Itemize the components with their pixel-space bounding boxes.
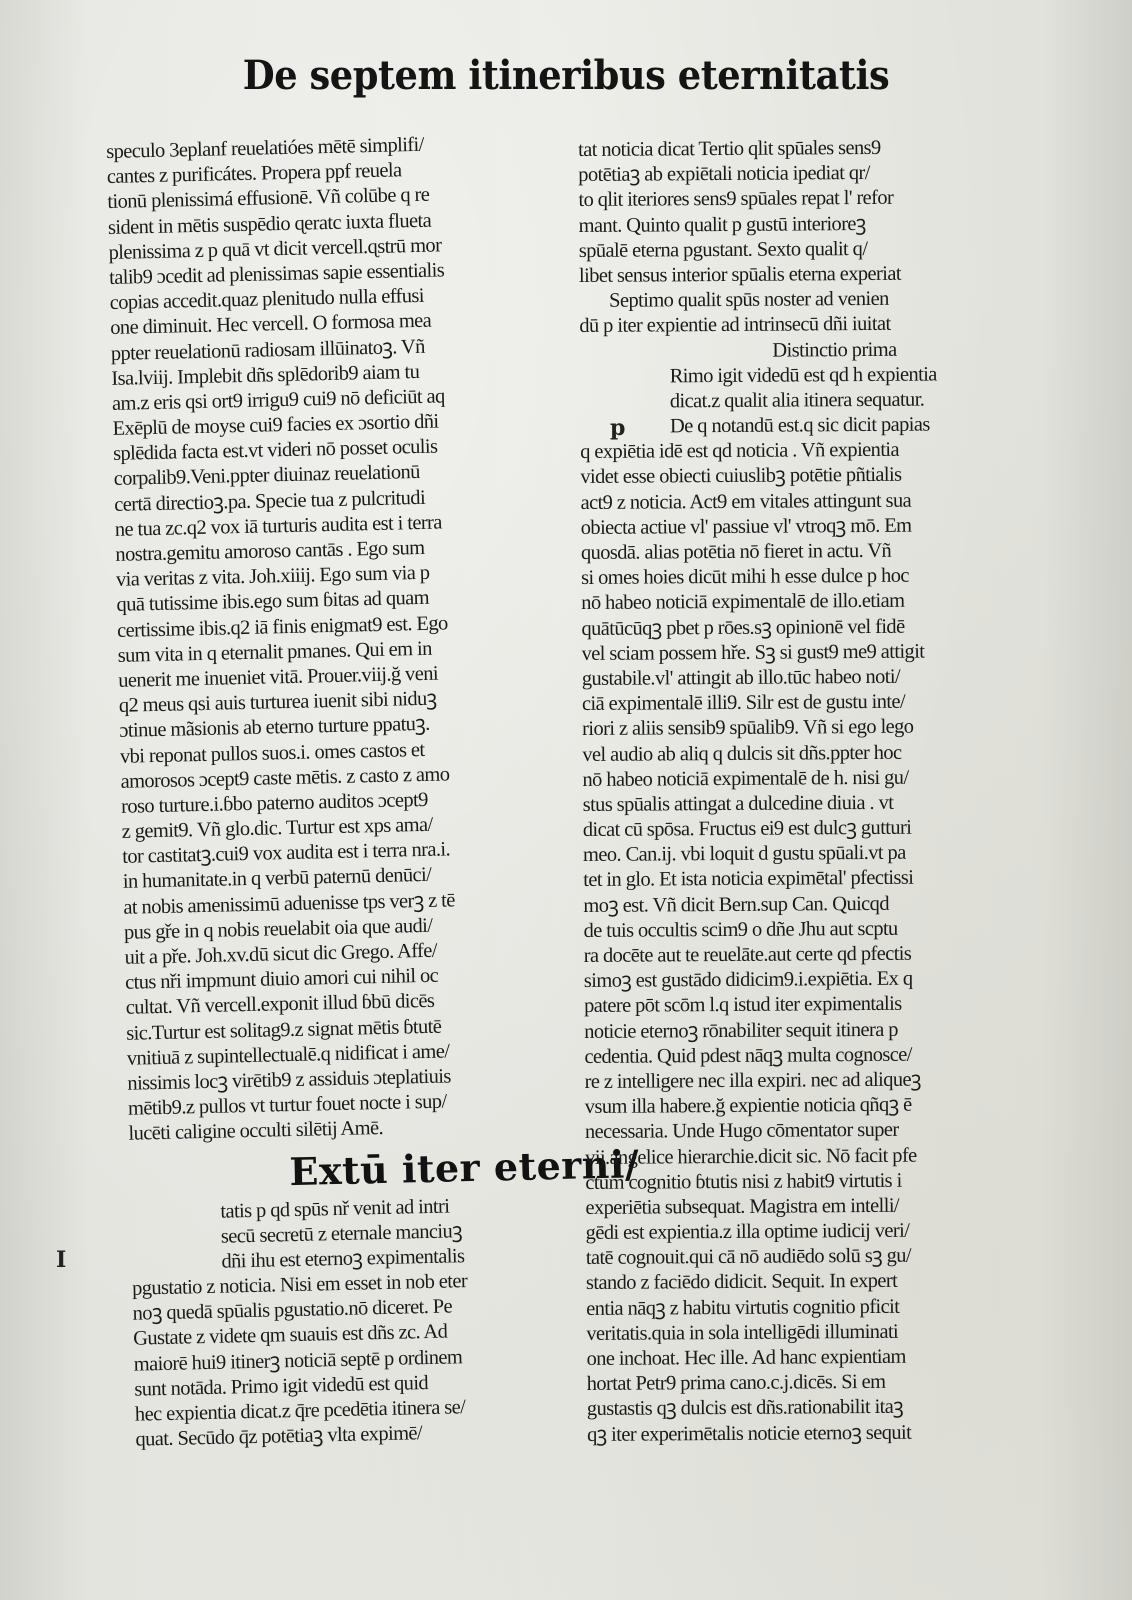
text-line: quosdā. alias potētia nō fieret in actu.… — [581, 538, 1031, 566]
text-line: gustabile.vl' attingit ab illo.tūc habeo… — [582, 664, 1032, 692]
running-title: De septem itineribus eternitatis — [45, 52, 1086, 99]
text-line: spūalē eterna pgustant. Sexto qualit q/ — [579, 236, 1029, 264]
text-line: tatē cognouit.qui cā nō audiēdo solū sꝫ … — [586, 1243, 1036, 1271]
text-line: veritatis.quia in sola intelligēdi illum… — [586, 1319, 1036, 1347]
text-line: Rimo igit videdū est qd h expientia — [580, 362, 1030, 390]
text-line: re z intelligere nec illa expiri. nec ad… — [585, 1067, 1035, 1095]
text-line: to qlit iteriores sens9 spūales repat l'… — [578, 185, 1028, 213]
left-column: speculo 3eplanf reuelatióes mētē simplif… — [106, 130, 581, 1453]
text-line: q expiētia idē est qd noticia . Vñ expie… — [580, 437, 1030, 465]
text-line: obiecta actiue vl' passiue vl' vtroqꝫ mō… — [581, 513, 1031, 541]
text-line: ciā expimentalē illi9. Silr est de gustu… — [582, 689, 1032, 717]
text-line: moꝫ est. Vñ dicit Bern.sup Can. Quicqd — [583, 890, 1033, 918]
text-line: nō habeo noticiā expimentalē de illo.eti… — [581, 588, 1031, 616]
section-heading: Extū iter eterni/ — [129, 1143, 575, 1197]
text-line: dicat.z qualit alia itinera sequatur. — [580, 387, 1030, 415]
text-line: si omes hoies dicūt mihi h esse dulce p … — [581, 563, 1031, 591]
scanned-page: De septem itineribus eternitatis speculo… — [0, 0, 1132, 1600]
text-line: one inchoat. Hec ille. Ad hanc expientia… — [586, 1344, 1036, 1372]
text-line: dū p iter expientie ad intrinsecū dñi iu… — [579, 311, 1029, 339]
text-line: experiētia subsequat. Magistra em intell… — [585, 1193, 1035, 1221]
text-line: De q notandū est.q sic dicit papias — [580, 412, 1030, 440]
text-line: Septimo qualit spūs noster ad venien — [579, 286, 1029, 314]
text-line: noticie eternoꝫ rōnabiliter sequit itine… — [584, 1016, 1034, 1044]
text-line: vsum illa habere.ğ expientie noticia qñq… — [585, 1092, 1035, 1120]
guide-letter-initial-right: p — [610, 415, 625, 441]
right-column-text: tat noticia dicat Tertio qlit spūales se… — [578, 135, 1037, 1448]
text-line: tat noticia dicat Tertio qlit spūales se… — [578, 135, 1028, 163]
left-column-text-continued: tatis p qd spūs nř venit ad intrisecū se… — [130, 1191, 581, 1453]
text-line: hortat Petr9 prima cano.c.j.dicēs. Si em — [587, 1369, 1037, 1397]
text-line: dicat cū spōsa. Fructus ei9 est dulcꝫ gu… — [583, 815, 1033, 843]
text-line: de tuis occultis scim9 o dñe Jhu aut scp… — [583, 916, 1033, 944]
text-line: cedentia. Quid pdest nāqꝫ multa cognosce… — [584, 1042, 1034, 1070]
text-line: stus spūalis attingat a dulcedine diuia … — [583, 790, 1033, 818]
text-line: riori z aliis sensib9 spūalib9. Vñ si eg… — [582, 714, 1032, 742]
text-line: stando z faciēdo didicit. Sequit. In exp… — [586, 1268, 1036, 1296]
text-line: qꝫ iter experimētalis noticie eternoꝫ se… — [587, 1419, 1037, 1447]
text-line: gēdi est expientia.z illa optime iudicij… — [586, 1218, 1036, 1246]
text-line: ctum cognitio ɓtutis nisi z habit9 virtu… — [585, 1168, 1035, 1196]
distinction-heading: Distinctio prima — [579, 336, 1029, 364]
text-line: videt esse obiecti cuiuslibꝫ potētie pñt… — [580, 462, 1030, 490]
guide-letter-initial: I — [56, 1247, 66, 1273]
text-line: patere pōt scōm l.q istud iter expimenta… — [584, 991, 1034, 1019]
text-line: vel audio ab aliq q dulcis sit dñs.ppter… — [582, 739, 1032, 767]
text-line: vel sciam possem hře. Sꝫ si gust9 me9 at… — [582, 639, 1032, 667]
text-line: ra docēte aut te reuelāte.aut certe qd p… — [584, 941, 1034, 969]
text-line: simoꝫ est gustādo didicim9.i.expiētia. E… — [584, 966, 1034, 994]
text-line: necessaria. Unde Hugo cōmentator super — [585, 1117, 1035, 1145]
text-line: quātūcūqꝫ pbet p rōes.sꝫ opinionē vel fi… — [581, 613, 1031, 641]
text-line: tet in glo. Et ista noticia expimētal' p… — [583, 865, 1033, 893]
text-line: libet sensus interior spūalis eterna exp… — [579, 261, 1029, 289]
text-line: gustastis qꝫ dulcis est dñs.rationabilit… — [587, 1394, 1037, 1422]
text-line: act9 z noticia. Act9 em vitales attingun… — [580, 487, 1030, 515]
text-line: entia nāqꝫ z habitu virtutis cognitio pf… — [586, 1293, 1036, 1321]
text-line: vij.angelice hierarchie.dicit sic. Nō fa… — [585, 1142, 1035, 1170]
left-column-text: speculo 3eplanf reuelatióes mētē simplif… — [106, 130, 574, 1147]
text-line: potētiaꝫ ab expiētali noticia ipediat qr… — [578, 160, 1028, 188]
text-line: meo. Can.ij. vbi loquit d gustu spūali.v… — [583, 840, 1033, 868]
text-line: nō habeo noticiā expimentalē de h. nisi … — [582, 765, 1032, 793]
right-column: tat noticia dicat Tertio qlit spūales se… — [578, 135, 1037, 1448]
text-line: mant. Quinto qualit p gustū interioreꝫ — [579, 210, 1029, 238]
